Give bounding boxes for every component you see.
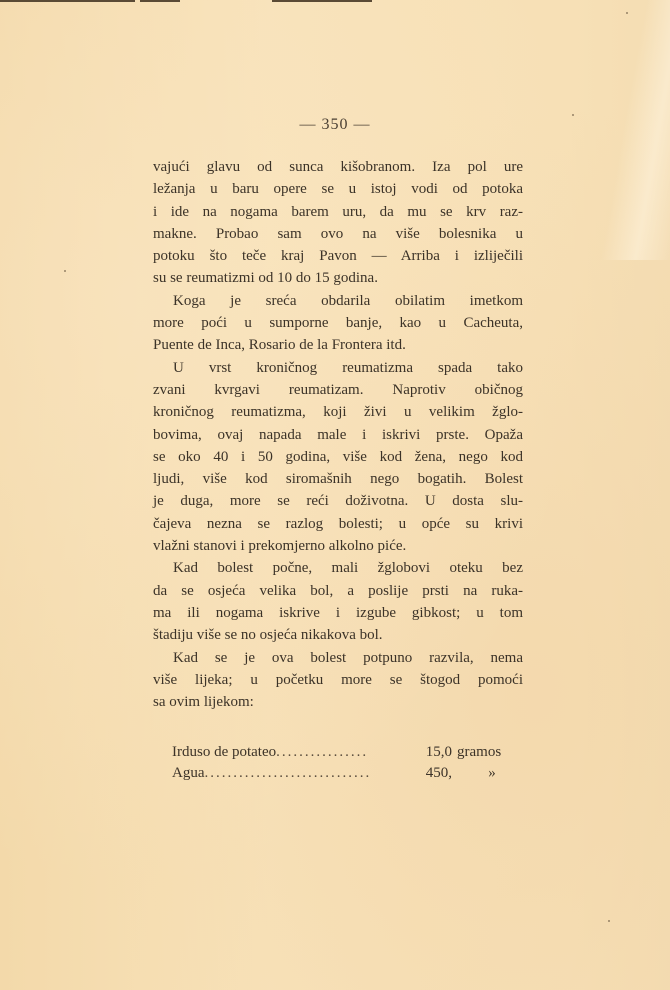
text-line: više lijeka; u početku more se štogod po… — [153, 669, 523, 691]
ingredient-name: Irduso de potateo — [172, 742, 276, 763]
text-line: je duga, more se reći doživotna. U dosta… — [153, 490, 523, 512]
scan-edge-mark — [140, 0, 180, 2]
text-line: vajući glavu od sunca kišobranom. Iza po… — [153, 156, 523, 178]
text-line: su se reumatizmi od 10 do 15 godina. — [153, 267, 523, 289]
text-line: se oko 40 i 50 godina, više kod žena, ne… — [153, 446, 523, 468]
text-line: ljudi, više kod siromašnih nego bogatih.… — [153, 468, 523, 490]
ingredient-unit: gramos — [452, 742, 527, 763]
text-line: kroničnog reumatizma, koji živi u veliki… — [153, 401, 523, 423]
scan-top-edge — [0, 0, 670, 3]
ingredient-name: Agua — [172, 763, 205, 784]
text-line: čajeva nezna se razlog bolesti; u opće s… — [153, 513, 523, 535]
scan-edge-mark — [272, 0, 372, 2]
scan-edge-mark — [0, 0, 135, 2]
text-line: Puente de Inca, Rosario de la Frontera i… — [153, 334, 523, 356]
text-line: štadiju više se no osjeća nikakova bol. — [153, 624, 523, 646]
text-line: zvani kvrgavi reumatizam. Naprotiv običn… — [153, 379, 523, 401]
paper-speck — [64, 270, 66, 272]
paragraph-start-line: Koga je sreća obdarila obilatim imetkom — [153, 290, 523, 312]
body-text: vajući glavu od sunca kišobranom. Iza po… — [153, 156, 523, 713]
text-line: more poći u sumporne banje, kao u Cacheu… — [153, 312, 523, 334]
recipe-list: Irduso de potateo ................ 15,0 … — [172, 742, 527, 784]
text-line: makne. Probao sam ovo na više bolesnika … — [153, 223, 523, 245]
paragraph-start-line: Kad bolest počne, mali žglobovi oteku be… — [153, 557, 523, 579]
text-line: ma ili nogama iskrive i izgube gibkost; … — [153, 602, 523, 624]
recipe-row: Agua ............................. 450, … — [172, 763, 527, 784]
text-line: i ide na nogama barem uru, da mu se krv … — [153, 201, 523, 223]
leader-dots: ................ — [276, 742, 406, 763]
text-line: ležanja u baru opere se u istoj vodi od … — [153, 178, 523, 200]
paper-speck — [626, 12, 628, 14]
ingredient-quantity: 15,0 — [406, 742, 452, 763]
text-line: vlažni stanovi i prekomjerno alkolno pić… — [153, 535, 523, 557]
paragraph-start-line: U vrst kroničnog reumatizma spada tako — [153, 357, 523, 379]
leader-dots: ............................. — [205, 763, 407, 784]
ingredient-quantity: 450, — [406, 763, 452, 784]
ditto-mark: » — [452, 763, 527, 784]
paper-speck — [608, 920, 610, 922]
text-line: potoku što teče kraj Pavon — Arriba i iz… — [153, 245, 523, 267]
text-line: da se osjeća velika bol, a poslije prsti… — [153, 580, 523, 602]
paragraph-start-line: Kad se je ova bolest potpuno razvila, ne… — [153, 647, 523, 669]
text-line: sa ovim lijekom: — [153, 691, 523, 713]
page-number: — 350 — — [0, 116, 670, 134]
recipe-row: Irduso de potateo ................ 15,0 … — [172, 742, 527, 763]
text-line: bovima, ovaj napada male i iskrivi prste… — [153, 424, 523, 446]
